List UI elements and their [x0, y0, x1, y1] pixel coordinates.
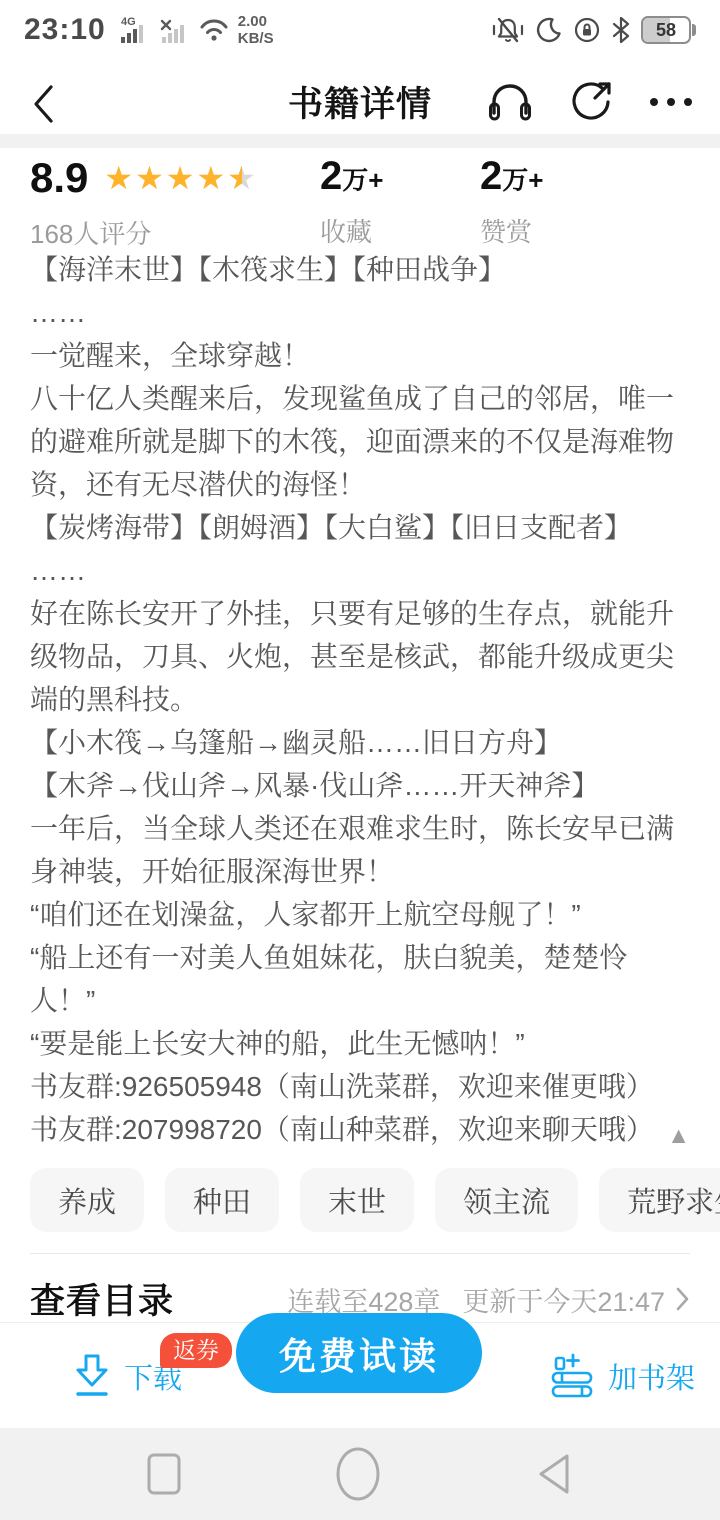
more-dots-icon [648, 96, 694, 108]
add-bookshelf-icon [548, 1353, 596, 1399]
description-paragraph: 一觉醒来，全球穿越！ [30, 334, 692, 377]
stat-favorites-label: 收藏 [320, 212, 480, 249]
tag[interactable]: 荒野求生 [599, 1168, 720, 1232]
star-fill: ★★★★★ [104, 162, 242, 194]
status-bar: 23:10 4G 2.00 KB/S [0, 0, 720, 60]
description-paragraph: …… [30, 291, 692, 334]
tag[interactable]: 养成 [30, 1168, 144, 1232]
more-button[interactable] [648, 96, 694, 108]
add-shelf-label: 加书架 [608, 1356, 695, 1397]
section-divider [30, 1253, 690, 1254]
back-chevron-icon [30, 83, 56, 125]
back-button[interactable] [30, 82, 70, 126]
recents-button[interactable] [146, 1452, 182, 1496]
description-paragraph: 一年后，当全球人类还在艰难求生时，陈长安早已满身神装，开始征服深海世界！ [30, 807, 692, 893]
tag[interactable]: 末世 [300, 1168, 414, 1232]
nav-divider [0, 134, 720, 148]
battery-nub [692, 24, 696, 36]
description-paragraph: “要是能上长安大神的船，此生无憾呐！” [30, 1022, 692, 1065]
download-icon [72, 1352, 112, 1400]
do-not-disturb-moon-icon [535, 16, 563, 44]
description-paragraph: 八十亿人类醒来后，发现鲨鱼成了自己的邻居，唯一的避难所就是脚下的木筏，迎面漂来的… [30, 377, 692, 506]
svg-text:4G: 4G [121, 16, 136, 28]
star-rating: ★★★★★ ★★★★★ [104, 162, 257, 194]
book-description: 【海洋末世】【木筏求生】【种田战争】……一觉醒来，全球穿越！八十亿人类醒来后，发… [30, 248, 692, 1151]
rating-score: 8.9 [30, 154, 88, 202]
coupon-badge: 返券 [160, 1333, 232, 1368]
cellular-signal-4g-icon: 4G [118, 15, 152, 45]
updated-time: 更新于今天21:47 [462, 1280, 665, 1319]
bluetooth-icon [611, 16, 631, 44]
headphones-icon [486, 79, 534, 125]
description-paragraph: 【小木筏→乌篷船→幽灵船……旧日方舟】 [30, 721, 692, 764]
vibrate-mute-icon [491, 16, 525, 44]
battery-percent: 58 [656, 20, 676, 41]
home-button[interactable] [334, 1445, 382, 1503]
cellular-signal-nosim-icon [160, 15, 190, 45]
back-triangle-icon [534, 1451, 574, 1497]
description-paragraph: 【炭烤海带】【朗姆酒】【大白鲨】【旧日支配者】 [30, 506, 692, 549]
page-title: 书籍详情 [288, 77, 432, 127]
chevron-right-icon [675, 1286, 690, 1312]
description-paragraph: 【木斧→伐山斧→风暴·伐山斧……开天神斧】 [30, 764, 692, 807]
rotation-lock-icon [573, 16, 601, 44]
clock: 23:10 [24, 13, 106, 47]
network-speed: 2.00 KB/S [238, 13, 274, 47]
description-paragraph: “船上还有一对美人鱼姐妹花，肤白貌美，楚楚怜人！” [30, 936, 692, 1022]
rating-section: 8.9 ★★★★★ ★★★★★ 168人评分 2万+ 收藏 2万+ 赞赏 [30, 154, 690, 251]
stat-rewards-label: 赞赏 [480, 212, 640, 249]
description-paragraph: “咱们还在划澡盆，人家都开上航空母舰了！” [30, 893, 692, 936]
tags-row: 养成种田末世领主流荒野求生 [30, 1168, 720, 1232]
nav-bar: 书籍详情 [0, 60, 720, 144]
home-circle-icon [334, 1445, 382, 1503]
bottom-action-bar: 下载 返券 免费试读 加书架 [0, 1322, 720, 1428]
description-paragraph: 书友群:207998720（南山种菜群，欢迎来聊天哦） [30, 1108, 692, 1151]
free-read-button[interactable]: 免费试读 [236, 1313, 482, 1393]
stat-favorites: 2万+ 收藏 [320, 154, 480, 251]
listen-button[interactable] [486, 79, 534, 125]
battery-indicator: 58 [641, 16, 696, 44]
back-nav-button[interactable] [534, 1451, 574, 1497]
view-catalog-label[interactable]: 查看目录 [30, 1274, 174, 1324]
tag[interactable]: 种田 [165, 1168, 279, 1232]
add-to-shelf-button[interactable]: 加书架 [548, 1323, 695, 1429]
wifi-icon [198, 17, 230, 43]
share-button[interactable] [568, 79, 614, 125]
description-paragraph: 书友群:926505948（南山洗菜群，欢迎来催更哦） [30, 1065, 692, 1108]
share-icon [568, 79, 614, 125]
rating-count: 168人评分 [30, 214, 320, 251]
stat-rewards: 2万+ 赞赏 [480, 154, 640, 251]
description-paragraph: 好在陈长安开了外挂，只要有足够的生存点，就能升级物品，刀具、火炮，甚至是核武，都… [30, 592, 692, 721]
system-navigation-bar [0, 1428, 720, 1520]
description-paragraph: 【海洋末世】【木筏求生】【种田战争】 [30, 248, 692, 291]
description-paragraph: …… [30, 549, 692, 592]
recents-square-icon [146, 1452, 182, 1496]
tag[interactable]: 领主流 [435, 1168, 578, 1232]
